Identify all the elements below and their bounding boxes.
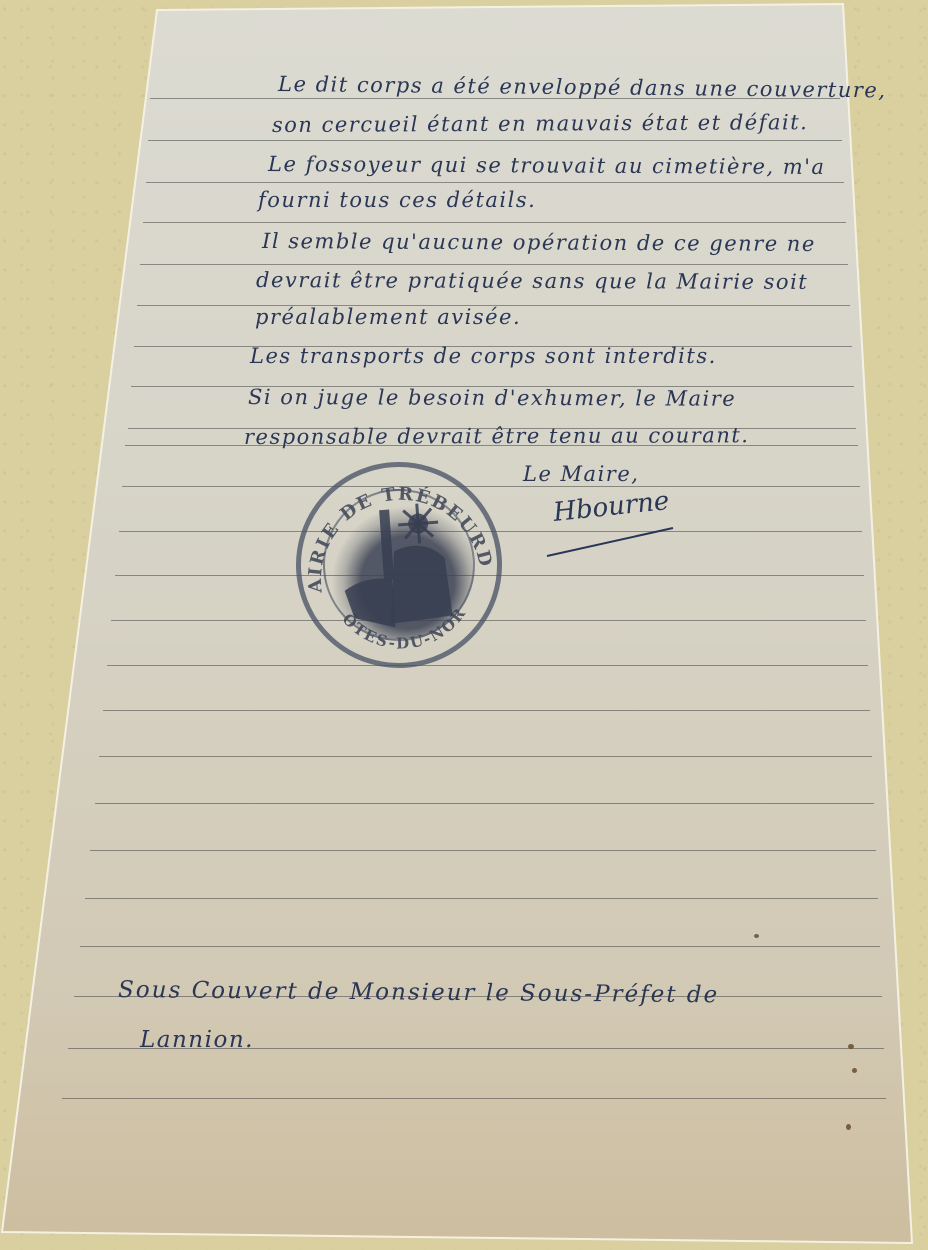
signature-underline xyxy=(545,508,685,568)
closing-title: Le Maire, xyxy=(523,462,639,486)
letter-line: son cercueil étant en mauvais état et dé… xyxy=(272,110,808,137)
letter-line: fourni tous ces détails. xyxy=(258,188,536,212)
ink-spot xyxy=(846,1124,851,1130)
ink-spot xyxy=(852,1068,857,1073)
letter-line: responsable devrait être tenu au courant… xyxy=(244,423,750,449)
emblem-figure-icon xyxy=(320,486,478,644)
forwarding-line: Sous Couvert de Monsieur le Sous-Préfet … xyxy=(118,977,719,1008)
forwarding-line: Lannion. xyxy=(140,1027,254,1053)
letter-line: Il semble qu'aucune opération de ce genr… xyxy=(262,229,816,256)
letter-line: préalablement avisée. xyxy=(255,305,521,329)
mayor-signature: Hbourne xyxy=(545,498,661,528)
stamp-emblem xyxy=(318,484,480,646)
letter-line: Les transports de corps sont interdits. xyxy=(250,344,717,368)
letter-line: Si on juge le besoin d'exhumer, le Maire xyxy=(248,385,736,411)
ink-spot xyxy=(848,1044,854,1049)
letter-line: Le fossoyeur qui se trouvait au cimetièr… xyxy=(268,152,826,179)
town-hall-stamp: MAIRIE DE TRÉBEURDEN (CÔTES-DU-NORD) xyxy=(289,455,509,675)
letter-line: devrait être pratiquée sans que la Mairi… xyxy=(256,268,808,294)
ink-spot xyxy=(754,934,759,938)
